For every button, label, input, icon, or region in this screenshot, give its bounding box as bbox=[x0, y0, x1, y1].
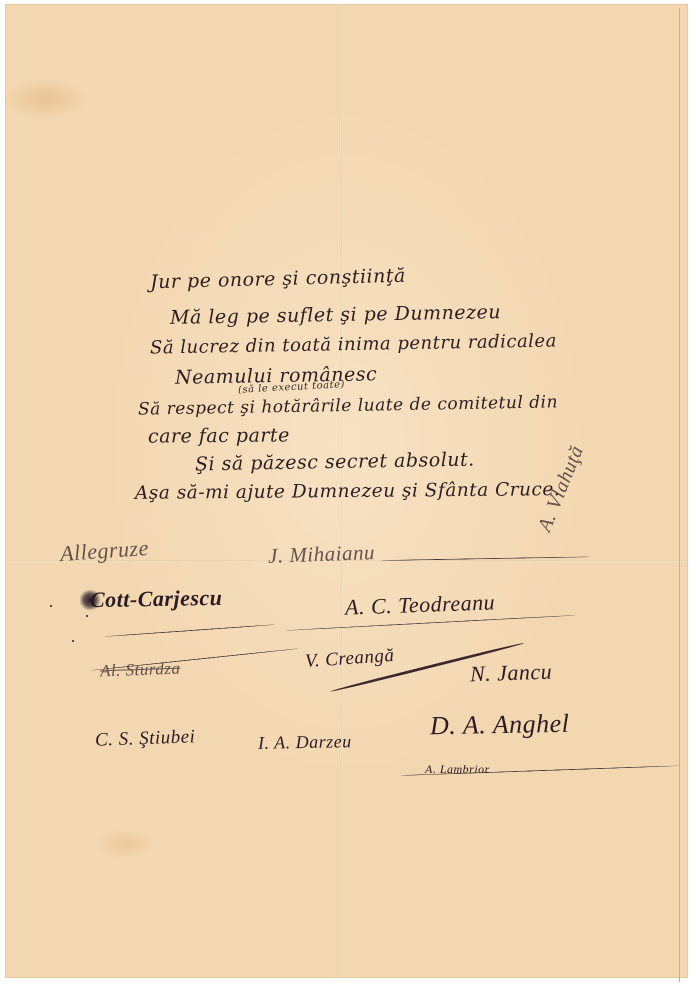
signature-mihaianu: J. Mihaianu bbox=[268, 540, 376, 569]
ink-speck bbox=[50, 605, 52, 607]
signature-darzeu: I. A. Darzeu bbox=[258, 731, 352, 754]
signature-lambrior: A. Lambrior bbox=[425, 762, 490, 777]
signature-stiubei: C. S. Ştiubei bbox=[95, 726, 196, 751]
ink-speck bbox=[72, 640, 74, 642]
paper-edge bbox=[679, 8, 680, 982]
signature-carjescu: Cott-Carjescu bbox=[90, 585, 223, 613]
oath-line-6: care fac parte bbox=[148, 424, 290, 447]
oath-line-8: Aşa să-mi ajute Dumnezeu şi Sfânta Cruce… bbox=[135, 479, 560, 504]
signature-anghel: D. A. Anghel bbox=[430, 709, 570, 741]
signature-teodreanu: A. C. Teodreanu bbox=[345, 589, 496, 620]
ink-speck bbox=[86, 615, 88, 617]
signature-jancu: N. Jancu bbox=[470, 659, 553, 688]
